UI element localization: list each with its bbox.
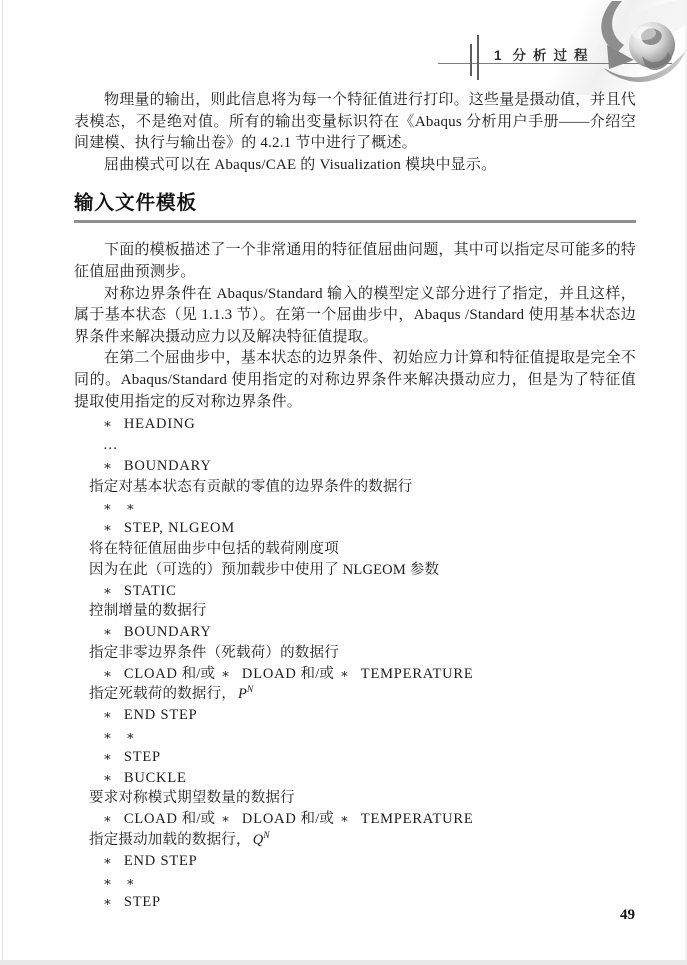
asterisk-marker: ∗ (126, 497, 135, 518)
asterisk-marker: ∗ (103, 497, 112, 518)
keyword-text: END STEP (124, 707, 198, 723)
math-variable: Q (253, 832, 263, 848)
asterisk-marker: ∗ (103, 768, 112, 789)
code-description-text: 和/或 (178, 666, 219, 682)
header-tick-long (477, 35, 479, 80)
code-description-text: 指定对基本状态有贡献的零值的边界条件的数据行 (89, 479, 412, 495)
section-heading: 输入文件模板 (74, 187, 636, 223)
paragraph: 物理量的输出，则此信息将为每一个特征值进行打印。这些量是摄动值，并且代表模态，不… (74, 90, 636, 155)
code-line: … (89, 435, 636, 456)
code-line: ∗STEP (89, 892, 636, 913)
code-line: 要求对称模式期望数量的数据行 (89, 788, 636, 809)
code-description-text: 和/或 (297, 811, 338, 827)
paragraph: 下面的模板描述了一个非常通用的特征值屈曲问题，其中可以指定尽可能多的特征值屈曲预… (74, 240, 636, 283)
keyword-text: TEMPERATURE (361, 666, 474, 682)
paragraph: 对称边界条件在 Abaqus/Standard 输入的模型定义部分进行了指定，并… (74, 284, 636, 349)
page-left-edge (2, 0, 3, 965)
code-line: ∗∗ (89, 726, 636, 747)
keyword-text: BUCKLE (124, 770, 187, 786)
asterisk-marker: ∗ (340, 809, 349, 830)
asterisk-marker: ∗ (103, 581, 112, 602)
code-line: ∗BOUNDARY (89, 622, 636, 643)
asterisk-marker: ∗ (340, 664, 349, 685)
math-superscript: N (247, 686, 253, 696)
code-description-text: 指定摄动加载的数据行， (89, 832, 251, 848)
keyword-text: END STEP (124, 853, 198, 869)
asterisk-marker: ∗ (103, 851, 112, 872)
math-superscript: N (263, 831, 269, 841)
code-line: ∗STATIC (89, 581, 636, 602)
code-line: 指定对基本状态有贡献的零值的边界条件的数据行 (89, 477, 636, 498)
paragraph: 在第二个屈曲步中，基本状态的边界条件、初始应力计算和特征值提取是完全不同的。Ab… (74, 348, 636, 413)
code-line: ∗END STEP (89, 705, 636, 726)
code-line: ∗∗ (89, 497, 636, 518)
chapter-number: 1 (494, 48, 502, 63)
keyword-text: CLOAD (124, 666, 178, 682)
keyword-text: HEADING (124, 416, 196, 432)
code-line: 指定死载荷的数据行，PN (89, 684, 636, 705)
asterisk-marker: ∗ (103, 414, 112, 435)
keyword-text: DLOAD (242, 666, 297, 682)
keyword-text: TEMPERATURE (361, 811, 474, 827)
keyword-text: DLOAD (242, 811, 297, 827)
asterisk-marker: ∗ (221, 809, 230, 830)
page-number: 49 (620, 907, 635, 924)
code-description-text: 将在特征值屈曲步中包括的载荷刚度项 (89, 541, 339, 557)
code-line: ∗CLOAD 和/或 ∗DLOAD 和/或 ∗TEMPERATURE (89, 664, 636, 685)
code-line: ∗STEP (89, 747, 636, 768)
keyword-text: STEP (124, 749, 161, 765)
asterisk-marker: ∗ (126, 872, 135, 893)
globe-with-arrow-icon (590, 0, 687, 88)
code-line: 将在特征值屈曲步中包括的载荷刚度项 (89, 539, 636, 560)
code-line: ∗HEADING (89, 414, 636, 435)
keyword-text: BOUNDARY (124, 458, 212, 474)
code-line: 控制增量的数据行 (89, 601, 636, 622)
asterisk-marker: ∗ (103, 705, 112, 726)
keyword-text: STATIC (124, 583, 177, 599)
code-description-text: 要求对称模式期望数量的数据行 (89, 790, 295, 806)
chapter-label: 1 分析过程 (494, 44, 595, 64)
math-variable: P (238, 686, 247, 702)
asterisk-marker: ∗ (103, 872, 112, 893)
code-description-text: 和/或 (297, 666, 338, 682)
code-line: 指定摄动加载的数据行，QN (89, 830, 636, 851)
code-description-text: 指定非零边界条件（死载荷）的数据行 (89, 645, 339, 661)
code-description-text: 控制增量的数据行 (89, 603, 207, 619)
code-line: ∗STEP, NLGEOM (89, 518, 636, 539)
code-line: ∗BUCKLE (89, 768, 636, 789)
section-paragraphs: 下面的模板描述了一个非常通用的特征值屈曲问题，其中可以指定尽可能多的特征值屈曲预… (74, 240, 636, 413)
asterisk-marker: ∗ (103, 518, 112, 539)
asterisk-marker: ∗ (103, 747, 112, 768)
ellipsis-text: … (103, 437, 120, 453)
code-description-text: 因为在此（可选的）预加载步中使用了 NLGEOM 参数 (89, 562, 439, 578)
keyword-text: CLOAD (124, 811, 178, 827)
input-file-template-listing: ∗HEADING…∗BOUNDARY指定对基本状态有贡献的零值的边界条件的数据行… (74, 414, 636, 913)
asterisk-marker: ∗ (103, 622, 112, 643)
keyword-text: BOUNDARY (124, 624, 212, 640)
asterisk-marker: ∗ (221, 664, 230, 685)
chapter-title: 分析过程 (513, 44, 595, 64)
header-tick-short (470, 44, 472, 76)
code-description-text: 指定死载荷的数据行， (89, 686, 236, 702)
asterisk-marker: ∗ (103, 664, 112, 685)
page-content: 物理量的输出，则此信息将为每一个特征值进行打印。这些量是摄动值，并且代表模态，不… (74, 90, 636, 913)
asterisk-marker: ∗ (103, 809, 112, 830)
code-line: ∗BOUNDARY (89, 456, 636, 477)
intro-paragraphs: 物理量的输出，则此信息将为每一个特征值进行打印。这些量是摄动值，并且代表模态，不… (74, 90, 636, 176)
code-line: 因为在此（可选的）预加载步中使用了 NLGEOM 参数 (89, 560, 636, 581)
paragraph: 屈曲模式可以在 Abaqus/CAE 的 Visualization 模块中显示… (74, 155, 636, 177)
asterisk-marker: ∗ (126, 726, 135, 747)
asterisk-marker: ∗ (103, 456, 112, 477)
keyword-text: STEP (124, 894, 161, 910)
code-line: ∗END STEP (89, 851, 636, 872)
code-line: ∗CLOAD 和/或 ∗DLOAD 和/或 ∗TEMPERATURE (89, 809, 636, 830)
code-line: ∗∗ (89, 872, 636, 893)
keyword-text: STEP, NLGEOM (124, 520, 235, 536)
code-description-text: 和/或 (178, 811, 219, 827)
code-line: 指定非零边界条件（死载荷）的数据行 (89, 643, 636, 664)
asterisk-marker: ∗ (103, 726, 112, 747)
asterisk-marker: ∗ (103, 892, 112, 913)
page-bottom-edge (0, 960, 687, 965)
